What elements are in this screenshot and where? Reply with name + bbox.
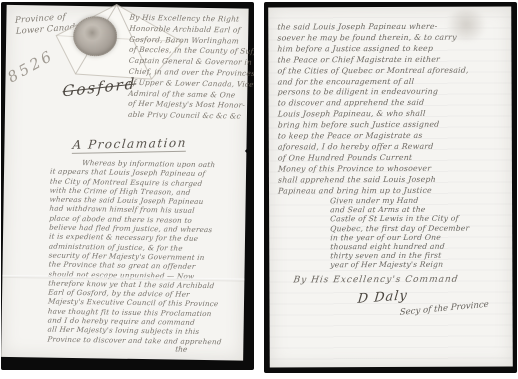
proclamation-body-right: the said Louis Joseph Papineau where-soe… bbox=[277, 21, 508, 197]
proclamation-heading: A Proclamation bbox=[72, 136, 188, 154]
handwritten-line: able Privy Council &c &c &c bbox=[127, 110, 246, 123]
handwritten-line: of One Hundred Pounds Current bbox=[278, 152, 509, 164]
document-scan-canvas: Province of Lower Canada 8526 Gosford By… bbox=[0, 0, 518, 379]
secretary-title: Secy of the Province bbox=[399, 300, 488, 318]
heading-row: A Proclamation bbox=[44, 131, 214, 154]
handwritten-line: Castle of St Lewis in the City of bbox=[330, 214, 496, 224]
right-page-scan: the said Louis Joseph Papineau where-soe… bbox=[264, 2, 517, 373]
registry-number: 8526 bbox=[4, 46, 57, 86]
handwritten-line: Money of this Province to whosoever bbox=[278, 163, 509, 175]
handwritten-line: the said Louis Joseph Papineau where- bbox=[277, 21, 508, 33]
handwritten-line: shall apprehend the said Louis Joseph bbox=[278, 174, 509, 186]
left-page: Province of Lower Canada 8526 Gosford By… bbox=[1, 5, 248, 361]
left-page-scan: Province of Lower Canada 8526 Gosford By… bbox=[1, 2, 254, 370]
handwritten-line: year of Her Majesty's Reign bbox=[330, 260, 496, 270]
torn-edge-notch bbox=[245, 140, 254, 162]
attestation-block: Given under my Handand Seal at Arms at t… bbox=[330, 196, 495, 270]
handwritten-line: of the Cities of Quebec or Montreal afor… bbox=[277, 65, 508, 77]
handwritten-line: Quebec, the first day of December bbox=[330, 223, 496, 233]
commission-header: By His Excellency the RightHonorable Arc… bbox=[128, 13, 248, 123]
right-page: the said Louis Joseph Papineau where-soe… bbox=[268, 6, 513, 367]
handwritten-line: the Peace or Chief Magistrate in either bbox=[277, 54, 508, 66]
handwritten-line: aforesaid, I do hereby offer a Reward bbox=[277, 141, 508, 153]
command-line: By His Excellency's Command bbox=[293, 275, 459, 286]
handwritten-line: him before a Justice assigned to keep bbox=[277, 43, 508, 55]
daly-signature: D Daly bbox=[357, 288, 409, 307]
proclamation-body-left: Whereas by information upon oathit appea… bbox=[47, 158, 248, 347]
handwritten-line: soever he may be found therein, & to car… bbox=[277, 32, 508, 44]
catchword: the bbox=[175, 345, 188, 354]
